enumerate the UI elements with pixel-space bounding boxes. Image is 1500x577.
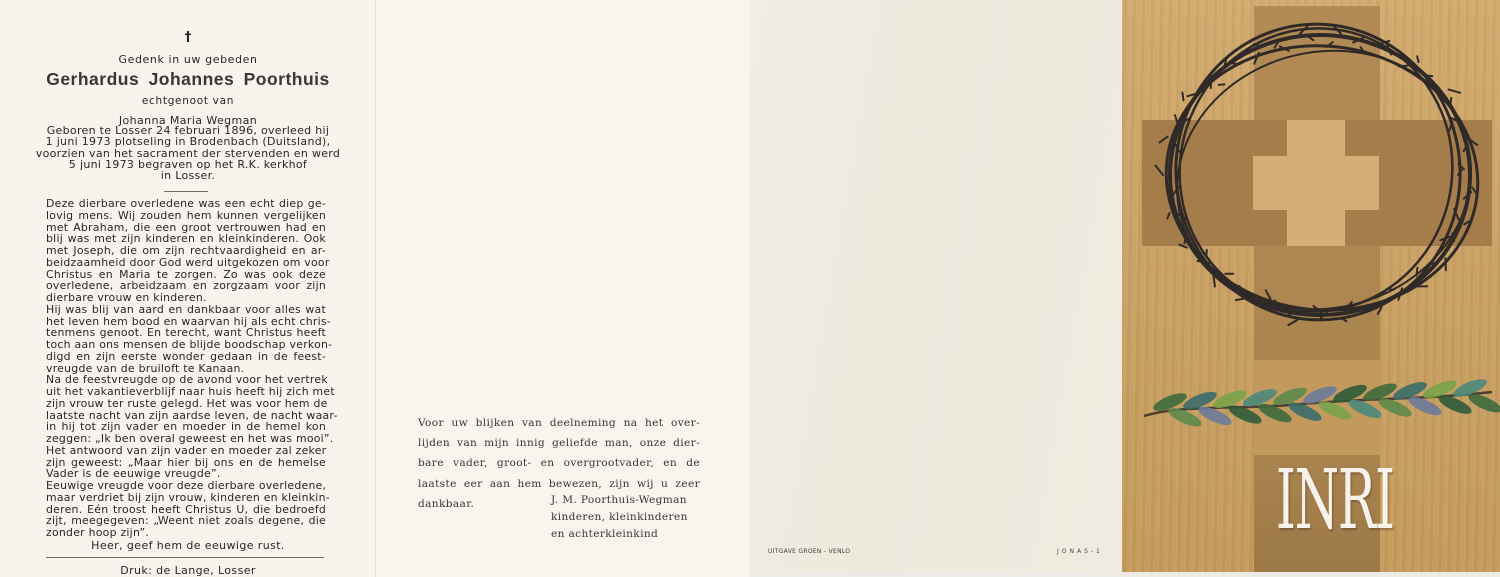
signers: J. M. Poorthuis-Wegman kinderen, kleinki… [551, 492, 688, 543]
series-code: JONAS-1 [1057, 548, 1103, 555]
eulogy-line: Hij was blij van aard en dankbaar voor a… [46, 304, 326, 316]
eulogy-line: Het antwoord van zijn vader en moeder za… [46, 445, 326, 457]
memorial-text-panel: † Gedenk in uw gebeden Gerhardus Johanne… [0, 0, 376, 577]
eulogy-text: Deze dierbare overledene was een echt di… [46, 198, 326, 539]
eulogy-line: Deze dierbare overledene was een echt di… [46, 198, 326, 210]
divider-line [46, 557, 324, 558]
thanks-line: bare vader, groot- en overgrootvader, en… [418, 453, 700, 473]
eulogy-line: toch aan ons mensen de blijde boodschap … [46, 339, 326, 351]
eulogy-line: met Joseph, die om zijn rechtvaardigheid… [46, 245, 326, 257]
eulogy-line: lovig mens. Wij zouden hem kunnen vergel… [46, 210, 326, 222]
inri-inscription: INRI [1276, 456, 1360, 546]
thanks-line: laatste eer aan hem bewezen, zijn wij u … [418, 474, 700, 494]
eulogy-line: zeggen: „Ik ben overal geweest en het wa… [46, 433, 326, 445]
eulogy-line: zijn vrouw ter ruste gelegd. Het was voo… [46, 398, 326, 410]
back-cover-panel [750, 0, 1122, 577]
eulogy-line: digd en zijn eerste wonder gedaan in de … [46, 351, 326, 363]
eulogy-line: Eeuwige vreugde voor deze dierbare overl… [46, 480, 326, 492]
biography: Geboren te Losser 24 februari 1896, over… [0, 125, 376, 181]
eulogy-line: maar verdriet bij zijn vrouw, kinderen e… [46, 492, 326, 504]
deceased-name: Gerhardus Johannes Poorthuis [0, 69, 376, 90]
cross-icon: † [0, 30, 376, 45]
intro-line: Gedenk in uw gebeden [0, 53, 376, 66]
eulogy-line: beidzaamheid door God werd uitgekozen om… [46, 257, 326, 269]
thanks-line: lijden van mijn innig geliefde man, onze… [418, 433, 700, 453]
signer-line: J. M. Poorthuis-Wegman [551, 492, 688, 509]
signer-line: en achterkleinkind [551, 526, 688, 543]
eulogy-line: zonder hoop zijn”. [46, 527, 326, 539]
scan-edge [750, 572, 1500, 577]
eulogy-line: uit het vakantieverblijf naar huis heeft… [46, 386, 326, 398]
bio-line: in Losser. [0, 170, 376, 181]
signer-line: kinderen, kleinkinderen [551, 509, 688, 526]
spouse-label: echtgenoot van [0, 95, 376, 107]
publisher-credit: UITGAVE GROEN - VENLO [768, 548, 850, 555]
crown-of-thorns-icon [1122, 0, 1500, 360]
closing-prayer: Heer, geef hem de eeuwige rust. [0, 539, 376, 552]
front-cover-art: INRI [1122, 0, 1500, 572]
eulogy-line: dierbare vrouw en kinderen. [46, 292, 326, 304]
short-divider [164, 191, 208, 192]
bio-line: 1 juni 1973 plotseling in Brodenbach (Du… [0, 136, 376, 147]
printer-credit: Druk: de Lange, Losser [0, 564, 376, 577]
thanks-line: Voor uw blijken van deelneming na het ov… [418, 413, 700, 433]
